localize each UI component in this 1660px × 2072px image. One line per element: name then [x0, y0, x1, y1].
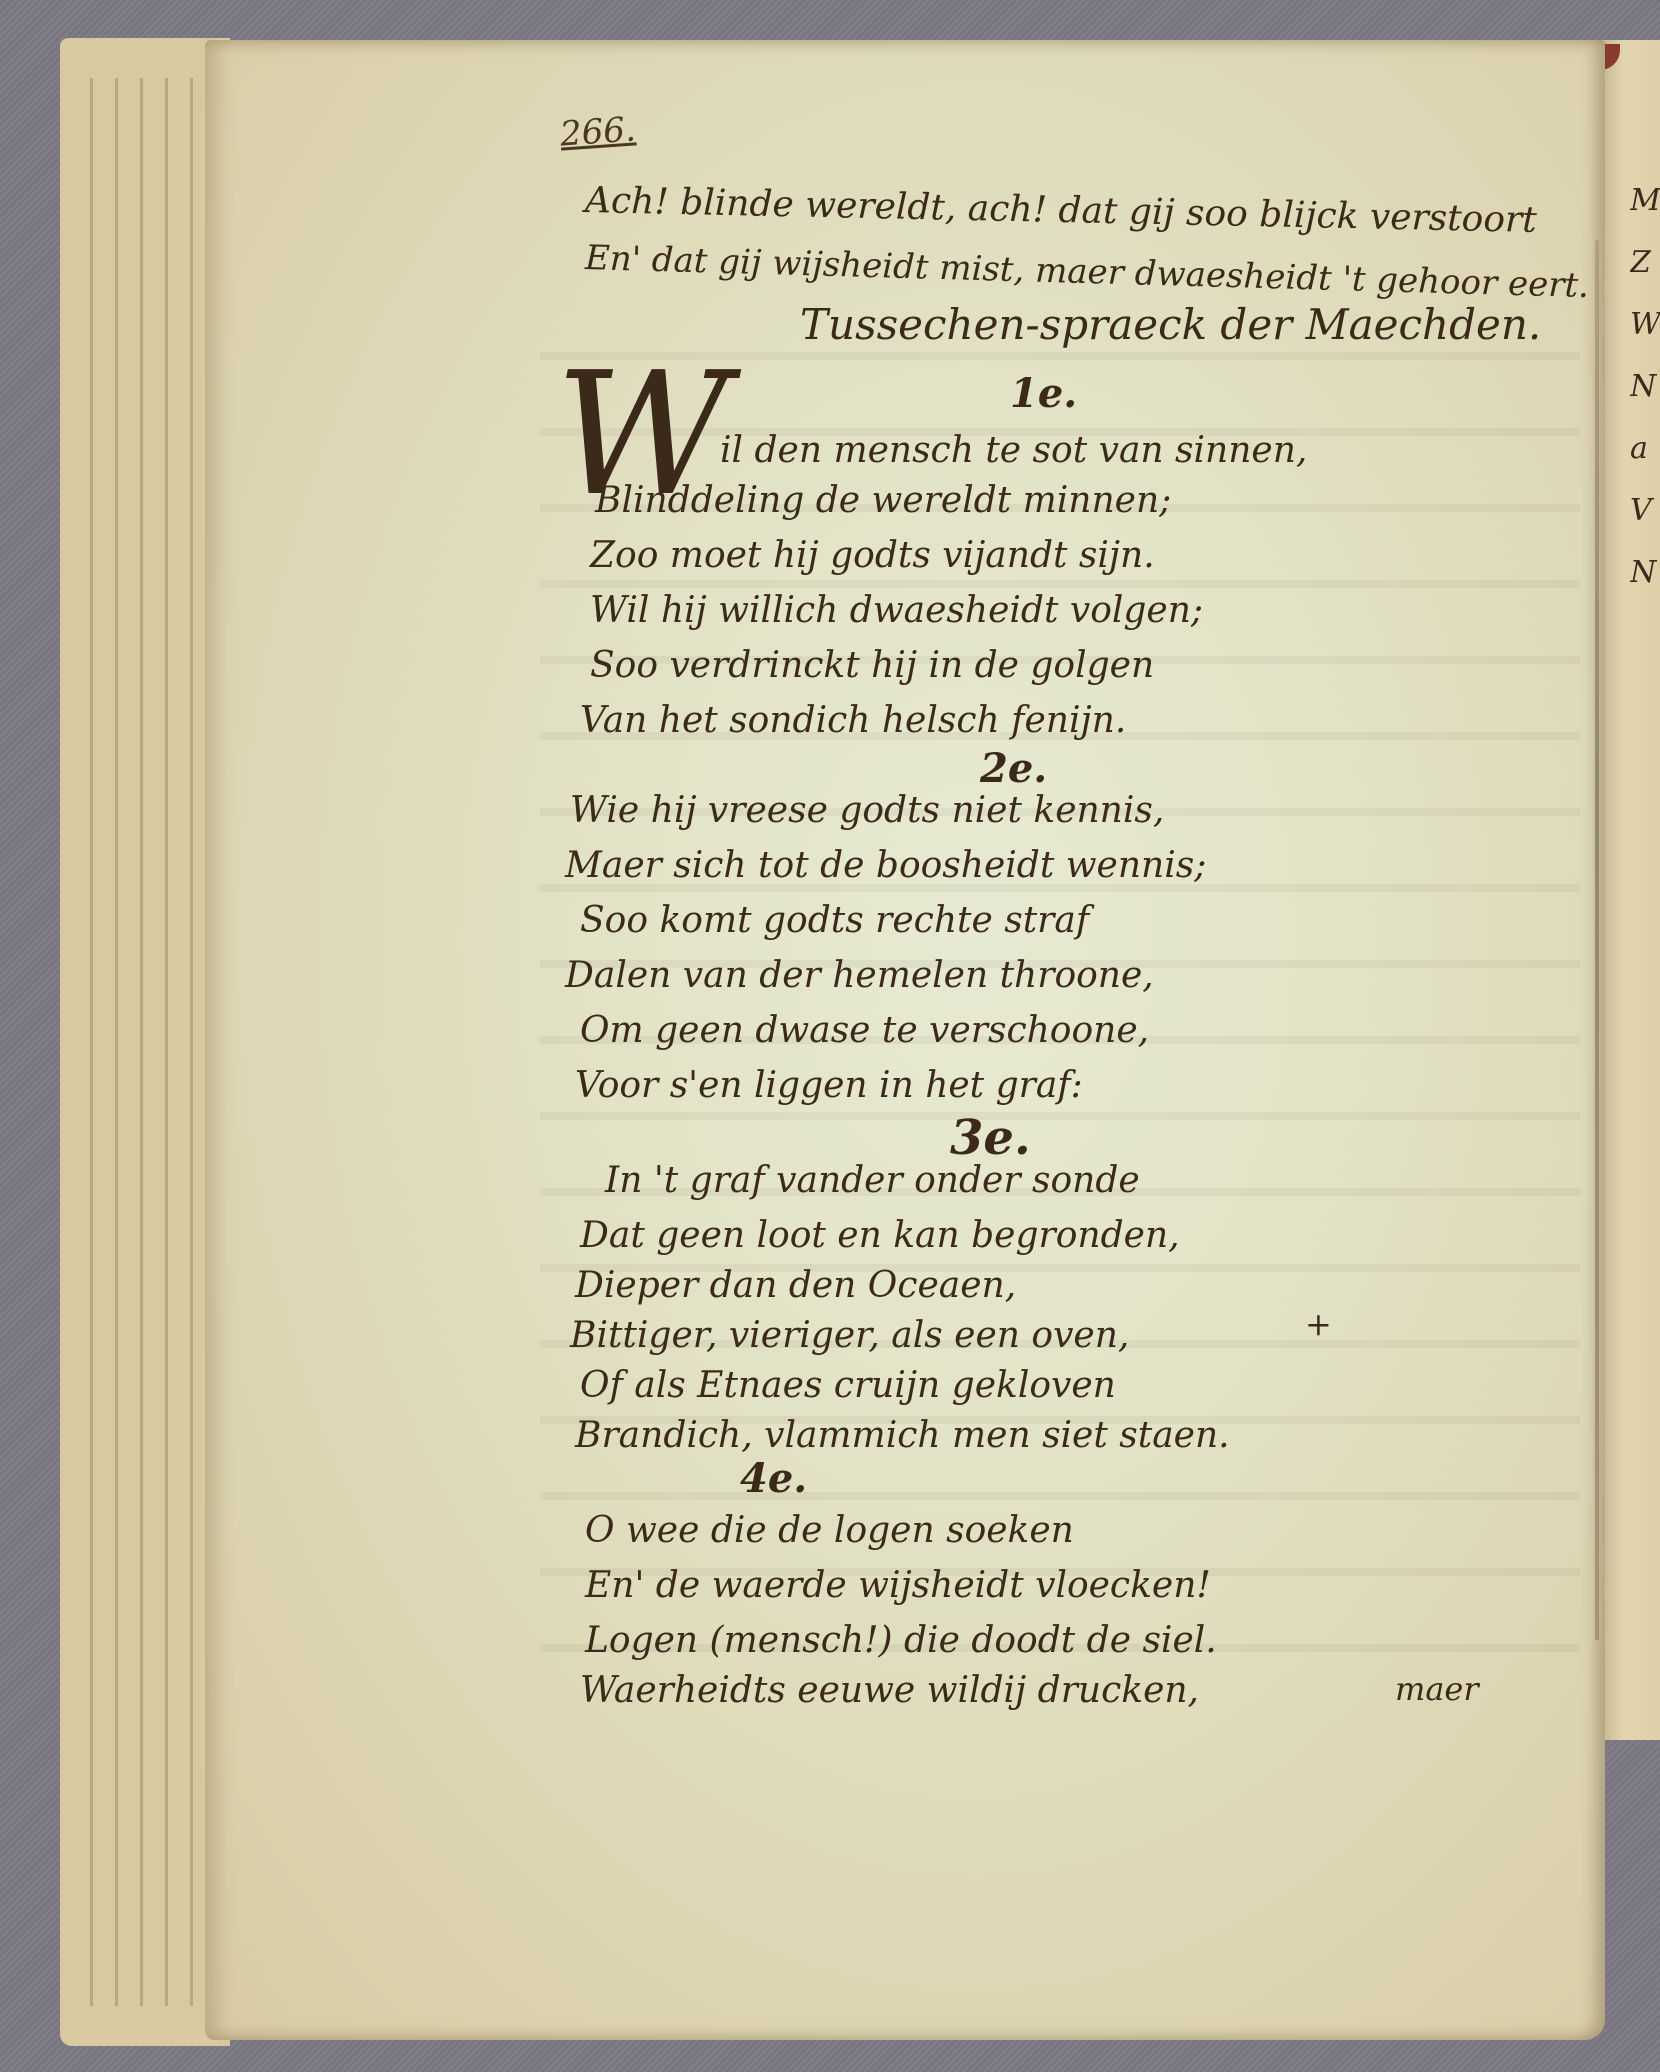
verse-line: Maer sich tot de boosheidt wennis; [565, 845, 1206, 886]
verse-line: Of als Etnaes cruijn gekloven [580, 1365, 1116, 1406]
verse-line: Soo verdrinckt hij in de golgen [590, 645, 1154, 686]
facing-fragment: N [1630, 356, 1660, 418]
facing-fragment: M [1630, 170, 1660, 232]
facing-page-text: M Z W N a V N [1630, 170, 1660, 604]
verse-line: In 't graf vander onder sonde [605, 1160, 1140, 1201]
stanza-number: 2e. [980, 745, 1047, 792]
page-edge [115, 78, 118, 2006]
verse-line: Zoo moet hij godts vijandt sijn. [590, 535, 1155, 576]
verse-line: Bittiger, vieriger, als een oven, [570, 1315, 1129, 1356]
verse-line: il den mensch te sot van sinnen, [720, 430, 1307, 471]
verse-line: Dalen van der hemelen throone, [565, 955, 1154, 996]
page-edge [190, 78, 193, 2006]
stanza-number: 1e. [1010, 370, 1077, 417]
verse-line: Voor s'en liggen in het graf: [575, 1065, 1083, 1106]
stanza-number: 3e. [950, 1110, 1031, 1166]
verse-line: Wie hij vreese godts niet kennis, [570, 790, 1164, 831]
stanza-number: 4e. [740, 1455, 807, 1502]
verse-line: Van het sondich helsch fenijn. [580, 700, 1126, 741]
verse-line: Om geen dwase te verschoone, [580, 1010, 1149, 1051]
facing-fragment: W [1630, 294, 1660, 356]
verse-line: Logen (mensch!) die doodt de siel. [585, 1620, 1217, 1661]
page-edge [165, 78, 168, 2006]
verse-line: Waerheidts eeuwe wildij drucken, [580, 1670, 1199, 1711]
verse-line: Dat geen loot en kan begronden, [580, 1215, 1180, 1256]
margin-cross-mark: + [1305, 1305, 1332, 1343]
page-edge [90, 78, 93, 2006]
verse-line: Blinddeling de wereldt minnen; [595, 480, 1171, 521]
facing-fragment: V [1630, 480, 1660, 542]
facing-fragment: N [1630, 542, 1660, 604]
verse-line: Dieper dan den Oceaen, [575, 1265, 1016, 1306]
gutter-shadow [1595, 240, 1599, 1640]
facing-fragment: Z [1630, 232, 1660, 294]
verse-line: Wil hij willich dwaesheidt volgen; [590, 590, 1203, 631]
facing-fragment: a [1630, 418, 1660, 480]
page-number: 266. [559, 109, 637, 154]
verse-line: Brandich, vlammich men siet staen. [575, 1415, 1230, 1456]
section-title: Tussechen-spraeck der Maechden. [800, 300, 1541, 349]
page-edge [140, 78, 143, 2006]
verse-line: Soo komt godts rechte straf [580, 900, 1089, 941]
verse-line: En' de waerde wijsheidt vloecken! [585, 1565, 1211, 1606]
catchword: maer [1395, 1670, 1479, 1708]
verse-line: O wee die de logen soeken [585, 1510, 1074, 1551]
